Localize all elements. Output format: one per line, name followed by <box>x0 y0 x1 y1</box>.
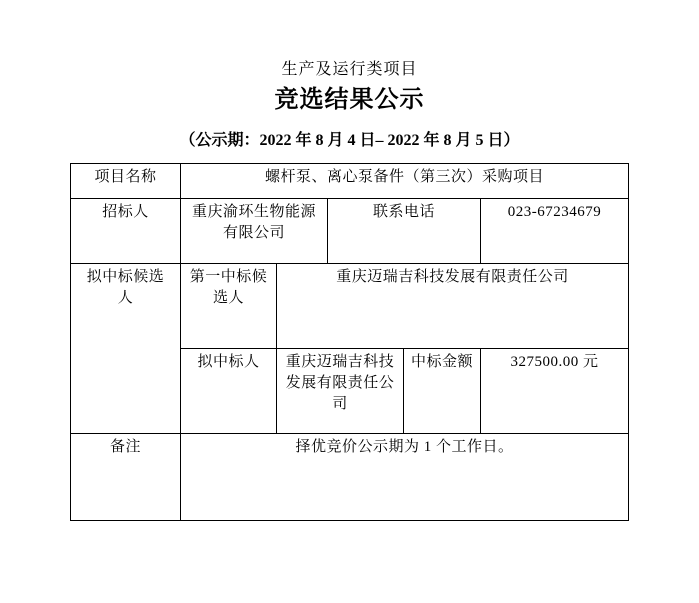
winning-amount-label: 中标金额 <box>404 349 481 434</box>
contact-phone-label: 联系电话 <box>328 199 481 264</box>
category-title: 生产及运行类项目 <box>0 60 699 80</box>
contact-phone-value: 023-67234679 <box>481 199 629 264</box>
table-row: 招标人 重庆渝环生物能源 有限公司 联系电话 023-67234679 <box>71 199 629 264</box>
proposed-winner-value: 重庆迈瑞吉科技 发展有限责任公 司 <box>277 349 404 434</box>
first-candidate-value: 重庆迈瑞吉科技发展有限责任公司 <box>277 264 629 349</box>
document-page: 生产及运行类项目 竞选结果公示 （公示期：2022 年 8 月 4 日– 202… <box>0 0 699 603</box>
table-row: 拟中标候选 人 第一中标候 选人 重庆迈瑞吉科技发展有限责任公司 <box>71 264 629 349</box>
project-name-label: 项目名称 <box>71 164 181 199</box>
proposed-winner-label: 拟中标人 <box>181 349 277 434</box>
first-candidate-label: 第一中标候 选人 <box>181 264 277 349</box>
project-name-value: 螺杆泵、离心泵备件（第三次）采购项目 <box>181 164 629 199</box>
tenderer-value: 重庆渝环生物能源 有限公司 <box>181 199 328 264</box>
table-row: 项目名称 螺杆泵、离心泵备件（第三次）采购项目 <box>71 164 629 199</box>
tenderer-label: 招标人 <box>71 199 181 264</box>
candidates-label: 拟中标候选 人 <box>71 264 181 434</box>
page-title: 竞选结果公示 <box>0 85 699 115</box>
table-row: 备注 择优竞价公示期为 1 个工作日。 <box>71 434 629 521</box>
publicity-period: （公示期：2022 年 8 月 4 日– 2022 年 8 月 5 日） <box>0 130 699 151</box>
winning-amount-value: 327500.00 元 <box>481 349 629 434</box>
bid-result-table: 项目名称 螺杆泵、离心泵备件（第三次）采购项目 招标人 重庆渝环生物能源 有限公… <box>70 163 629 521</box>
remarks-value: 择优竞价公示期为 1 个工作日。 <box>181 434 629 521</box>
remarks-label: 备注 <box>71 434 181 521</box>
